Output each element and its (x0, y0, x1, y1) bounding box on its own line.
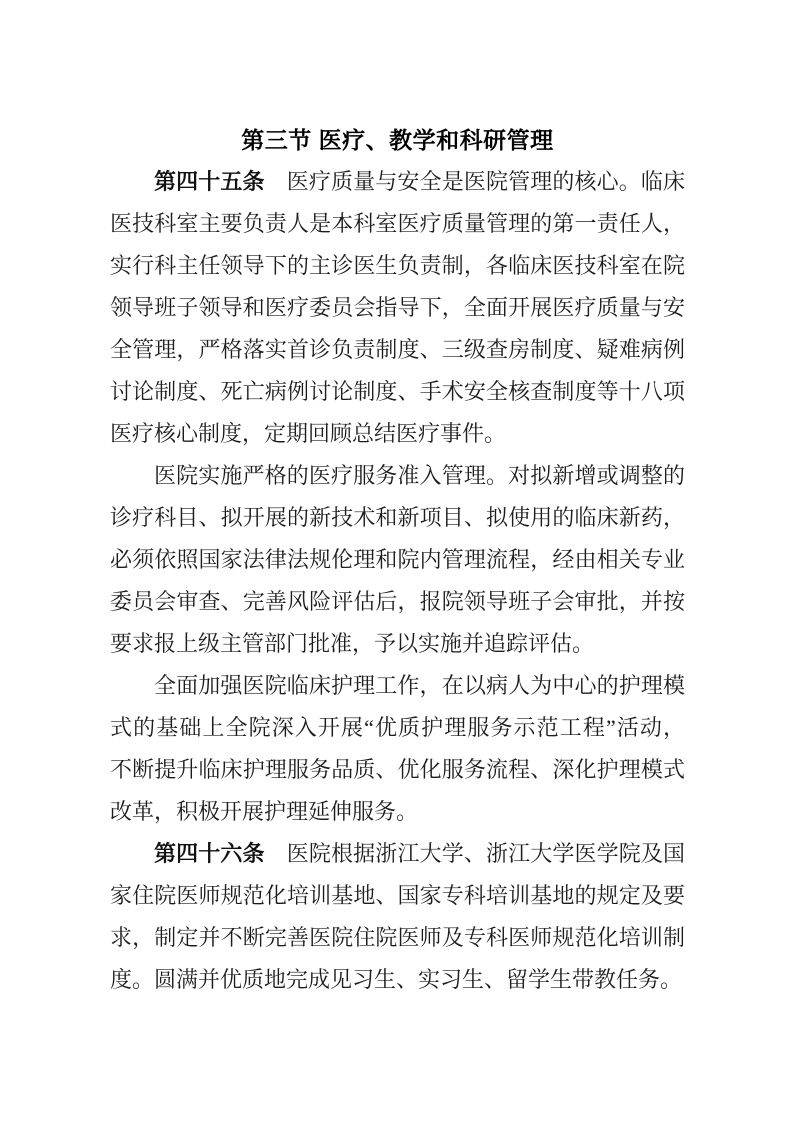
article-number: 第四十五条 (154, 169, 265, 194)
text-line: 讨论制度、死亡病例讨论制度、手术安全核查制度等十八项 (110, 371, 685, 413)
text-line: 家住院医师规范化培训基地、国家专科培训基地的规定及要 (110, 875, 685, 917)
text-line: 第四十六条 医院根据浙江大学、浙江大学医学院及国 (110, 833, 685, 875)
text-line: 医技科室主要负责人是本科室医疗质量管理的第一责任人， (110, 203, 685, 245)
text-line: 第四十五条 医疗质量与安全是医院管理的核心。临床 (110, 161, 685, 203)
text-line: 领导班子领导和医疗委员会指导下，全面开展医疗质量与安 (110, 287, 685, 329)
text-line: 全管理，严格落实首诊负责制度、三级查房制度、疑难病例 (110, 329, 685, 371)
text-line: 医院实施严格的医疗服务准入管理。对拟新增或调整的 (110, 455, 685, 497)
text-line: 不断提升临床护理服务品质、优化服务流程、深化护理模式 (110, 749, 685, 791)
paragraph: 医院实施严格的医疗服务准入管理。对拟新增或调整的诊疗科目、拟开展的新技术和新项目… (110, 455, 685, 665)
paragraph: 第四十六条 医院根据浙江大学、浙江大学医学院及国家住院医师规范化培训基地、国家专… (110, 833, 685, 1001)
text-line: 必须依照国家法律法规伦理和院内管理流程，经由相关专业 (110, 539, 685, 581)
text-line: 求，制定并不断完善医院住院医师及专科医师规范化培训制 (110, 917, 685, 959)
text-line: 式的基础上全院深入开展“优质护理服务示范工程”活动， (110, 707, 685, 749)
document-page: 第三节 医疗、教学和科研管理 第四十五条 医疗质量与安全是医院管理的核心。临床医… (0, 0, 793, 1122)
section-title: 第三节 医疗、教学和科研管理 (110, 119, 685, 161)
text-line: 医疗核心制度，定期回顾总结医疗事件。 (110, 413, 685, 455)
document-body: 第四十五条 医疗质量与安全是医院管理的核心。临床医技科室主要负责人是本科室医疗质… (110, 161, 685, 1001)
paragraph: 第四十五条 医疗质量与安全是医院管理的核心。临床医技科室主要负责人是本科室医疗质… (110, 161, 685, 455)
text-line: 诊疗科目、拟开展的新技术和新项目、拟使用的临床新药， (110, 497, 685, 539)
text-line: 全面加强医院临床护理工作，在以病人为中心的护理模 (110, 665, 685, 707)
text-line: 度。圆满并优质地完成见习生、实习生、留学生带教任务。 (110, 959, 685, 1001)
article-number: 第四十六条 (154, 841, 265, 866)
text-line: 改革，积极开展护理延伸服务。 (110, 791, 685, 833)
text-line: 实行科主任领导下的主诊医生负责制，各临床医技科室在院 (110, 245, 685, 287)
text-line: 要求报上级主管部门批准，予以实施并追踪评估。 (110, 623, 685, 665)
document-content: 第三节 医疗、教学和科研管理 第四十五条 医疗质量与安全是医院管理的核心。临床医… (110, 119, 685, 1001)
paragraph: 全面加强医院临床护理工作，在以病人为中心的护理模式的基础上全院深入开展“优质护理… (110, 665, 685, 833)
text-line: 委员会审查、完善风险评估后，报院领导班子会审批，并按 (110, 581, 685, 623)
